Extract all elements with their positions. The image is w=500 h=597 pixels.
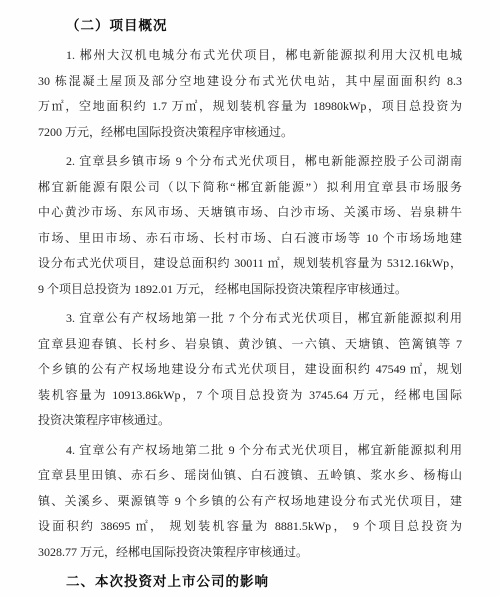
paragraph: 4. 宜章公有产权场地第二批 9 个分布式光伏项目，郴宜新能源拟利用宜章县里田镇… xyxy=(38,438,462,566)
text-line: 30 栋混凝土屋顶及部分空地建设分布式光伏电站，其中屋面面积约 8.3 xyxy=(38,69,462,95)
text-line: 郴宜新能源有限公司（以下简称“郴宜新能源”）拟利用宜章县市场服务 xyxy=(38,175,462,201)
paragraph: 1. 郴州大汉机电城分布式光伏项目，郴电新能源拟利用大汉机电城30 栋混凝土屋顶… xyxy=(38,43,462,145)
text-line: 4. 宜章公有产权场地第二批 9 个分布式光伏项目，郴宜新能源拟利用 xyxy=(38,438,462,464)
text-line: 9 个项目总投资为 1892.01 万元， 经郴电国际投资决策程序审核通过。 xyxy=(38,277,462,303)
paragraph: 2. 宜章县乡镇市场 9 个分布式光伏项目，郴电新能源控股子公司湖南郴宜新能源有… xyxy=(38,149,462,302)
text-line: 3. 宜章公有产权场地第一批 7 个分布式光伏项目，郴宜新能源拟利用 xyxy=(38,306,462,332)
text-line: 镇、关溪乡、栗源镇等 9 个乡镇的公有产权场地建设分布式光伏项目，建 xyxy=(38,489,462,515)
text-line: 宜章县里田镇、赤石乡、瑶岗仙镇、白石渡镇、五岭镇、浆水乡、杨梅山 xyxy=(38,463,462,489)
document-paragraphs: 1. 郴州大汉机电城分布式光伏项目，郴电新能源拟利用大汉机电城30 栋混凝土屋顶… xyxy=(38,43,462,565)
document-page: （二）项目概况 1. 郴州大汉机电城分布式光伏项目，郴电新能源拟利用大汉机电城3… xyxy=(0,0,500,597)
text-line: 设分布式光伏项目，建设总面积约 30011 ㎡，规划装机容量为 5312.16k… xyxy=(38,251,462,277)
text-line: 1. 郴州大汉机电城分布式光伏项目，郴电新能源拟利用大汉机电城 xyxy=(38,43,462,69)
text-line: 中心黄沙市场、东风市场、天塘镇市场、白沙市场、关溪市场、岩泉耕牛 xyxy=(38,200,462,226)
paragraph: 3. 宜章公有产权场地第一批 7 个分布式光伏项目，郴宜新能源拟利用宜章县迎春镇… xyxy=(38,306,462,434)
text-line: 个乡镇的公有产权场地建设分布式光伏项目，建设面积约 47549 ㎡，规划 xyxy=(38,357,462,383)
text-line: 设面积约 38695 ㎡， 规划装机容量为 8881.5kWp， 9 个项目总投… xyxy=(38,514,462,540)
text-line: 2. 宜章县乡镇市场 9 个分布式光伏项目，郴电新能源控股子公司湖南 xyxy=(38,149,462,175)
text-line: 市场、里田市场、赤石市场、长村市场、白石渡市场等 10 个市场场地建 xyxy=(38,226,462,252)
text-line: 万㎡，空地面积约 1.7 万㎡，规划装机容量为 18980kWp，项目总投资为 xyxy=(38,94,462,120)
section-heading-investment-impact: 二、本次投资对上市公司的影响 xyxy=(38,569,462,595)
text-line: 3028.77 万元，经郴电国际投资决策程序审核通过。 xyxy=(38,540,462,566)
section-heading-project-overview: （二）项目概况 xyxy=(38,13,462,39)
text-line: 宜章县迎春镇、长村乡、岩泉镇、黄沙镇、一六镇、天塘镇、笆篱镇等 7 xyxy=(38,332,462,358)
text-line: 装机容量为 10913.86kWp，7 个项目总投资为 3745.64 万元，经… xyxy=(38,383,462,409)
text-line: 7200 万元，经郴电国际投资决策程序审核通过。 xyxy=(38,120,462,146)
text-line: 投资决策程序审核通过。 xyxy=(38,408,462,434)
